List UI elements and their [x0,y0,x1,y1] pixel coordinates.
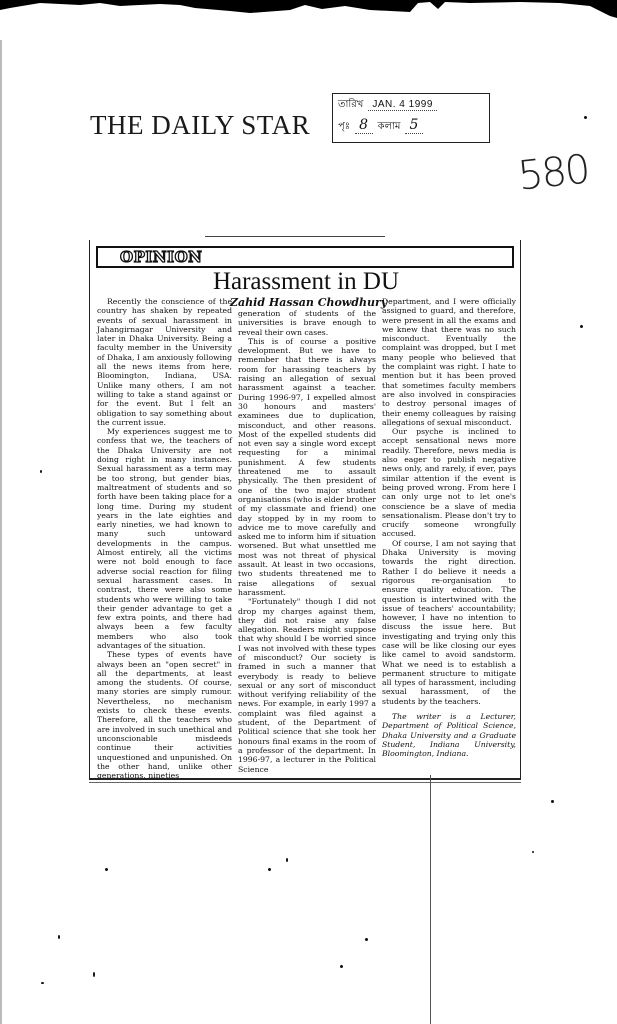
paragraph: Our psyche is inclined to accept sensati… [382,427,516,539]
paragraph: These types of events have always been a… [97,650,232,780]
article-column-3: Department, and I were officially assign… [382,297,516,759]
paragraph: My experiences suggest me to confess tha… [97,427,232,650]
scan-speck [93,972,95,977]
clipping-bottom-rule [89,782,521,783]
article-headline: Harassment in DU [90,268,522,296]
stamp-date-label: তারিখ [338,97,363,114]
stamp-date-row: তারিখ JAN. 4 1999 [338,97,484,117]
author-note: The writer is a Lecturer, Department of … [382,712,516,758]
paragraph: Department, and I were officially assign… [382,297,516,427]
archive-date-stamp: তারিখ JAN. 4 1999 পৃঃ 8 কলাম 5 [332,93,490,143]
paragraph: generation of students of the universiti… [238,309,376,337]
handwritten-archive-number: 580 [516,146,591,199]
stamp-column-label: কলাম [378,119,401,136]
opinion-article: OPINION Harassment in DU Zahid Hassan Ch… [89,240,521,780]
paragraph: Of course, I am not saying that Dhaka Un… [382,539,516,706]
stamp-page-row: পৃঃ 8 কলাম 5 [338,117,484,137]
scan-speck [41,982,44,984]
article-column-1: Recently the conscience of the country h… [97,297,232,780]
scan-speck [580,325,583,328]
scan-fold-line [430,775,431,1024]
newspaper-masthead: THE DAILY STAR [90,110,310,141]
clipping-top-rule [205,236,385,237]
scan-speck [40,470,42,473]
stamp-page-value: 8 [355,117,372,134]
scan-speck [286,858,288,862]
scan-left-edge [0,40,2,1024]
scan-speck [532,851,534,853]
section-label: OPINION [120,248,202,266]
paragraph: "Fortunately" though I did not drop my c… [238,597,376,774]
stamp-column-value: 5 [405,117,422,134]
scan-speck [105,868,108,871]
stamp-date-value: JAN. 4 1999 [368,99,437,111]
scan-speck [584,116,587,119]
article-column-2: generation of students of the universiti… [238,309,376,774]
paragraph: Recently the conscience of the country h… [97,297,232,427]
scan-speck [58,935,60,939]
scan-speck [551,800,554,803]
section-banner: OPINION [96,246,514,268]
paragraph: This is of course a positive development… [238,337,376,597]
stamp-page-label: পৃঃ [338,119,350,136]
scan-speck [365,938,368,941]
scan-top-edge [0,0,617,18]
scan-speck [340,965,343,968]
scan-speck [268,868,271,871]
article-byline: Zahid Hassan Chowdhury [230,296,387,309]
